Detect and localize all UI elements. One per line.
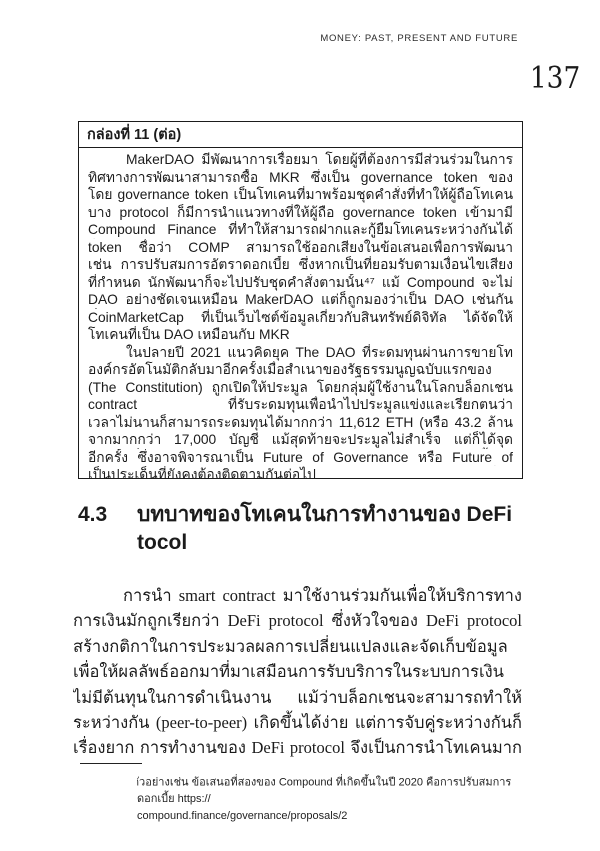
text-line: โดย governance token เป็นโทเคนที่มาพร้อม…	[88, 186, 513, 204]
footnote-separator	[80, 763, 142, 764]
text-line: บทบาทของโทเคนในการทำงานของ DeFi Pro-	[137, 501, 524, 529]
section-heading: 4.3 บทบาทของโทเคนในการทำงานของ DeFi Pro-…	[78, 501, 524, 557]
text-line: ที่กำหนด นักพัฒนาก็จะไปปรับชุดคำสั่งตามน…	[88, 274, 513, 292]
text-line: เวลาไม่นานก็สามารถระดมทุนได้มากกว่า 11,6…	[88, 414, 513, 432]
text-line: เรื่องยาก การทำงานของ DeFi protocol จึงเ…	[73, 735, 522, 760]
box-paragraph-constitutiondao: ในปลายปี 2021 แนวคิดยุค The DAO ที่ระดมท…	[88, 344, 513, 480]
text-line: Compound Finance ที่ทำให้สามารถฝากและกู้…	[88, 221, 513, 239]
footnote-line-2: compound.finance/governance/proposals/2	[137, 808, 523, 825]
text-line: โทเคนที่เป็น DAO เหมือนกับ MKR	[88, 326, 513, 344]
page-number: 137	[530, 64, 580, 94]
text-line: ทิศทางการพัฒนาสามารถซื้อ MKR ซึ่งเป็น go…	[88, 169, 513, 187]
text-line: (The Constitution) ถูกเปิดให้ประมูล โดยก…	[88, 379, 513, 397]
running-header: MONEY: PAST, PRESENT AND FUTURE	[320, 33, 518, 44]
text-line: ในปลายปี 2021 แนวคิดยุค The DAO ที่ระดมท…	[88, 344, 513, 362]
callout-box: กล่องที่ 11 (ต่อ) MakerDAO มีพัฒนาการเรื…	[78, 121, 523, 479]
text-line: องค์กรอัตโนมัติกลับมาอีกครั้งเมื่อสำเนาข…	[88, 361, 513, 379]
text-line: การนำ smart contract มาใช้งานร่วมกันเพื่…	[73, 583, 522, 608]
callout-box-title: กล่องที่ 11 (ต่อ)	[79, 122, 522, 148]
text-line: อีกครั้ง ซึ่งอาจพิจารณาเป็น Future of Go…	[88, 449, 513, 467]
text-line: การเงินมักถูกเรียกว่า DeFi protocol ซึ่ง…	[73, 608, 522, 633]
box-paragraph-makerdao: MakerDAO มีพัฒนาการเรื่อยมา โดยผู้ที่ต้อ…	[88, 151, 513, 344]
book-page: MONEY: PAST, PRESENT AND FUTURE 137 กล่อ…	[0, 0, 600, 851]
footnote-line-1: 47ตัวอย่างเช่น ข้อเสนอที่สองของ Compound…	[137, 771, 523, 808]
text-line: ระหว่างกัน (peer-to-peer) เกิดขึ้นได้ง่า…	[73, 710, 522, 735]
text-line: เช่น การปรับสมการอัตราดอกเบี้ย ซึ่งหากเป…	[88, 256, 513, 274]
text-line: tocol	[137, 529, 524, 557]
text-line: MakerDAO มีพัฒนาการเรื่อยมา โดยผู้ที่ต้อ…	[88, 151, 513, 169]
footnote: 47ตัวอย่างเช่น ข้อเสนอที่สองของ Compound…	[137, 771, 523, 824]
text-line: จากมากกว่า 17,000 บัญชี แม้สุดท้ายจะประม…	[88, 431, 513, 449]
text-line: CoinMarketCap ที่เป็นเว็บไซต์ข้อมูลเกี่ย…	[88, 309, 513, 327]
text-line: เป็นประเด็นที่ยังคงต้องติดตามกันต่อไป	[88, 466, 513, 479]
callout-box-body: MakerDAO มีพัฒนาการเรื่อยมา โดยผู้ที่ต้อ…	[79, 148, 522, 479]
footnote-text: ตัวอย่างเช่น ข้อเสนอที่สองของ Compound ท…	[137, 777, 511, 806]
text-line: token ชื่อว่า COMP สามารถใช้ออกเสียงในข้…	[88, 239, 513, 257]
text-line: เพื่อให้ผลลัพธ์ออกมาที่มาเสมือนการรับบริ…	[73, 659, 522, 684]
text-line: DAO อย่างชัดเจนเหมือน MakerDAO แต่ก็ถูกม…	[88, 291, 513, 309]
text-line: บาง protocol ก็มีการนำแนวทางที่ให้ผู้ถือ…	[88, 204, 513, 222]
body-paragraph: การนำ smart contract มาใช้งานร่วมกันเพื่…	[73, 583, 522, 761]
section-title: บทบาทของโทเคนในการทำงานของ DeFi Pro-toco…	[137, 501, 524, 557]
text-line: contract ที่รับระดมทุนเพื่อนำไปประมูลแข่…	[88, 396, 513, 414]
section-number: 4.3	[78, 501, 137, 529]
text-line: สร้างกติกาในการประมวลผลการเปลี่ยนแปลงและ…	[73, 634, 522, 659]
text-line: ไม่มีต้นทุนในการดำเนินงาน แม้ว่าบล็อกเชน…	[73, 685, 522, 710]
